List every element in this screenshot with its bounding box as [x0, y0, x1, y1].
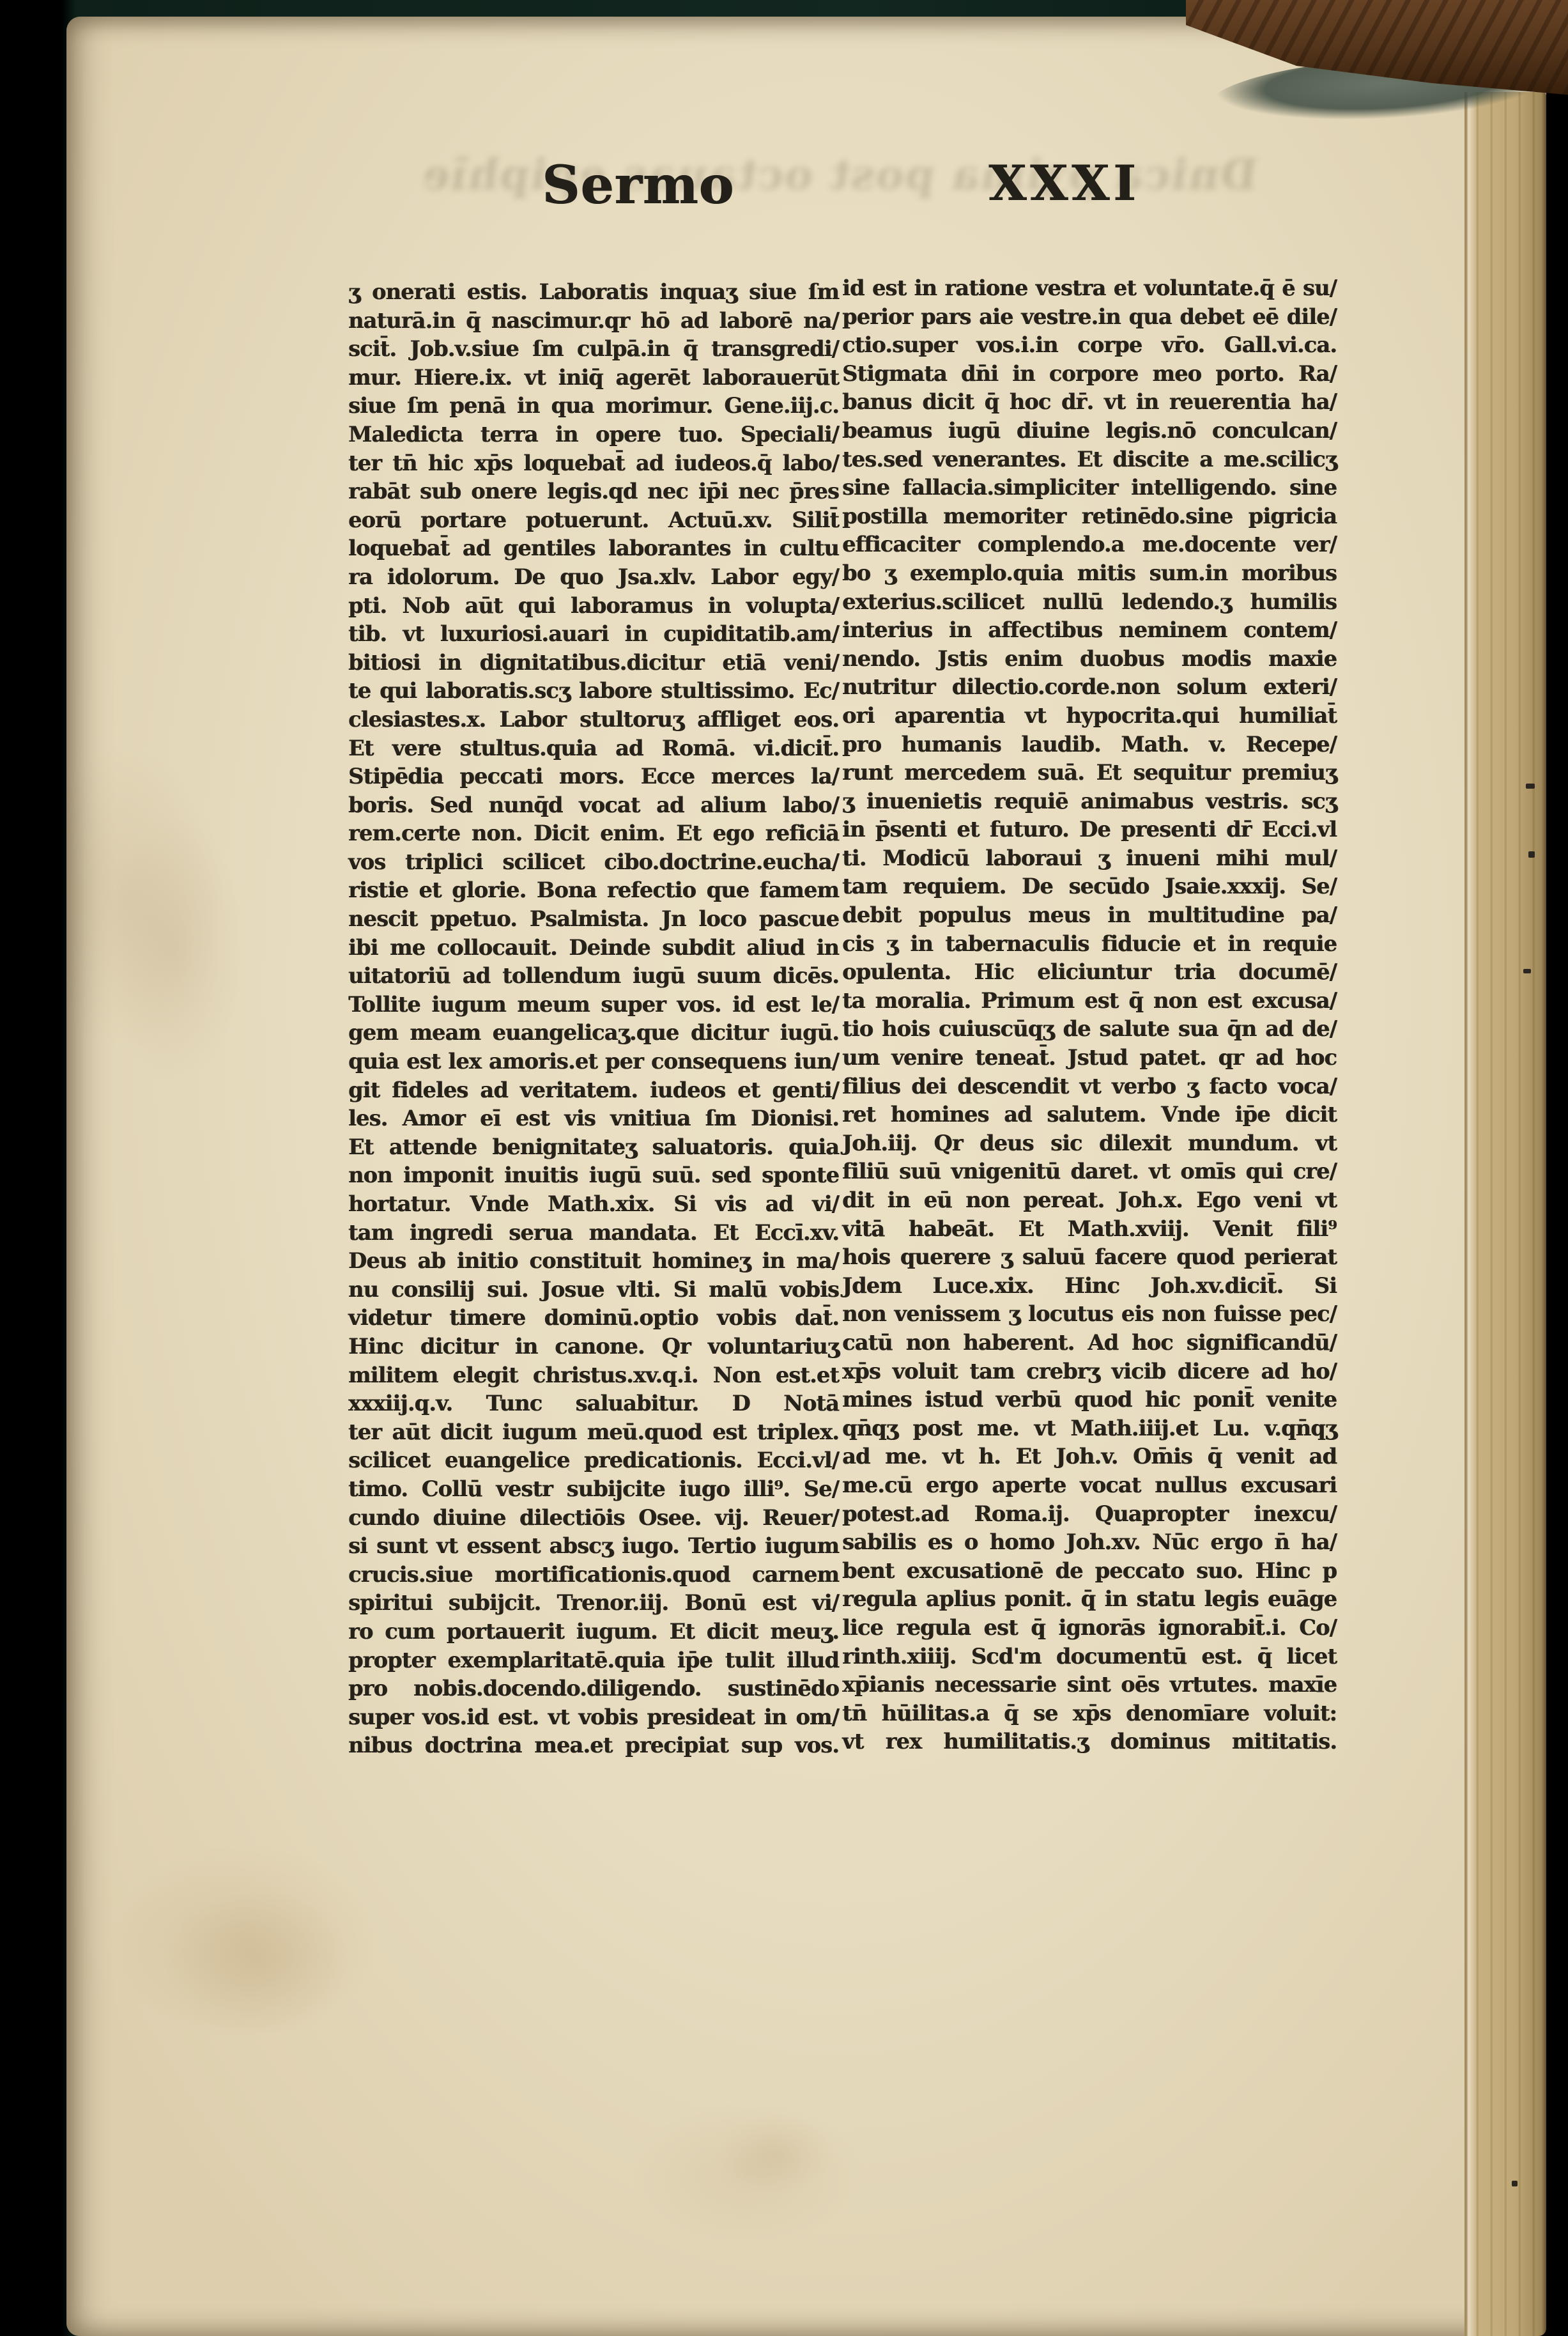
text-line: tam ingredi serua mandata. Et Eccī.xv.: [348, 1219, 839, 1248]
text-line: debit populus meus in multitudine pa/: [842, 901, 1337, 930]
text-line: quia est lex amoris.et per consequens iu…: [348, 1048, 839, 1076]
text-line: banus dicit q̄ hoc dr̄. vt in reuerentia…: [842, 388, 1337, 417]
text-line: Tollite iugum meum super vos. id est le/: [348, 991, 839, 1019]
text-line: git fideles ad veritatem. iudeos et gent…: [348, 1076, 839, 1105]
text-line: vos triplici scilicet cibo.doctrine.euch…: [348, 848, 839, 877]
text-line: in p̄senti et futuro. De presenti dr̄ Ec…: [842, 816, 1337, 844]
text-line: opulenta. Hic eliciuntur tria documē/: [842, 958, 1337, 987]
text-line: pro humanis laudib. Math. v. Recepe/: [842, 731, 1337, 759]
text-line: vt rex humilitatis.ʒ dominus mititatis.: [842, 1728, 1337, 1756]
header-folio-number: XXXI: [988, 155, 1139, 212]
text-line: ti. Modicū laboraui ʒ inueni mihi mul/: [842, 844, 1337, 873]
text-line: ctio.super vos.i.in corpe vr̄o. Gall.vi.…: [842, 331, 1337, 360]
text-line: bitiosi in dignitatibus.dicitur etiā ven…: [348, 649, 839, 677]
header-title: Sermo: [542, 155, 734, 216]
text-line: cundo diuine dilectiōis Osee. vij. Reuer…: [348, 1504, 839, 1533]
text-line: videtur timere dominū.optio vobis dat̄.: [348, 1304, 839, 1333]
text-line: te qui laboratis.scʒ labore stultissimo.…: [348, 677, 839, 706]
text-line: les. Amor eī est vis vnitiua ſm Dionisi.: [348, 1104, 839, 1133]
text-line: loquebat̄ ad gentiles laborantes in cult…: [348, 534, 839, 563]
text-line: sine fallacia.simpliciter intelligendo. …: [842, 474, 1337, 502]
page-header: Sermo XXXI: [345, 155, 1367, 225]
text-line: timo. Collū vestr subijcite iugo illi⁹. …: [348, 1475, 839, 1504]
text-line: id est in ratione vestra et voluntate.q̄…: [842, 274, 1337, 303]
text-line: Maledicta terra in opere tuo. Speciali/: [348, 421, 839, 449]
ink-speck: [1528, 851, 1535, 858]
text-line: rinth.xiiij. Scd'm documentū est. q̄ lic…: [842, 1643, 1337, 1671]
text-line: hois querere ʒ saluū facere quod periera…: [842, 1243, 1337, 1272]
text-line: nutritur dilectio.corde.non solum exteri…: [842, 673, 1337, 702]
text-line: spiritui subijcit. Trenor.iij. Bonū est …: [348, 1589, 839, 1618]
text-column-left: ʒ onerati estis. Laboratis inquaʒ siue ſ…: [348, 278, 839, 1760]
text-line: qn̄qʒ post me. vt Math.iiij.et Lu. v.qn̄…: [842, 1414, 1337, 1443]
text-line: propter exemplaritatē.quia ip̄e tulit il…: [348, 1646, 839, 1675]
text-line: boris. Sed nunq̄d vocat ad alium labo/: [348, 791, 839, 820]
text-line: regula aplius ponit. q̄ in statu legis e…: [842, 1585, 1337, 1614]
text-line: tib. vt luxuriosi.auari in cupiditatib.a…: [348, 620, 839, 649]
text-line: Hinc dicitur in canone. Qr voluntariuʒ: [348, 1333, 839, 1361]
text-line: nibus doctrina mea.et precipiat sup vos.: [348, 1731, 839, 1760]
paper-stain: [162, 1889, 354, 2036]
text-line: ʒ onerati estis. Laboratis inquaʒ siue ſ…: [348, 278, 839, 307]
text-column-right: id est in ratione vestra et voluntate.q̄…: [842, 274, 1337, 1756]
text-line: xp̄s voluit tam crebrʒ vicib dicere ad h…: [842, 1358, 1337, 1386]
ink-speck: [1526, 784, 1535, 789]
text-line: vitā habeāt. Et Math.xviij. Venit fili⁹: [842, 1215, 1337, 1244]
ink-speck: [1512, 2181, 1518, 2186]
text-line: um venire teneat̄. Jstud patet. qr ad ho…: [842, 1044, 1337, 1072]
text-line: potest.ad Roma.ij. Quapropter inexcu/: [842, 1500, 1337, 1529]
text-line: ret homines ad salutem. Vnde ip̄e dicit: [842, 1101, 1337, 1129]
text-line: ter tn̄ hic xp̄s loquebat̄ ad iudeos.q̄ …: [348, 449, 839, 478]
text-line: ʒ inuenietis requiē animabus vestris. sc…: [842, 787, 1337, 816]
text-line: scilicet euangelice predicationis. Ecci.…: [348, 1446, 839, 1475]
text-line: Deus ab initio constituit homineʒ in ma/: [348, 1247, 839, 1276]
text-line: runt mercedem suā. Et sequitur premiuʒ: [842, 759, 1337, 787]
text-line: ristie et glorie. Bona refectio que fame…: [348, 876, 839, 905]
text-line: Stigmata dn̄i in corpore meo porto. Ra/: [842, 360, 1337, 389]
text-line: ad me. vt h. Et Joh.v. Om̄is q̄ venit ad: [842, 1443, 1337, 1471]
text-line: scit̄. Job.v.siue ſm culpā.in q̄ transgr…: [348, 335, 839, 364]
text-line: uitatoriū ad tollendum iugū suum dicēs.: [348, 962, 839, 991]
text-line: Et vere stultus.quia ad Romā. vi.dicit̄.: [348, 734, 839, 763]
text-line: gem meam euangelicaʒ.que dicitur iugū.: [348, 1019, 839, 1048]
text-line: interius in affectibus neminem contem/: [842, 616, 1337, 645]
paper-stain: [105, 816, 245, 1084]
text-line: cis ʒ in tabernaculis fiducie et in requ…: [842, 930, 1337, 959]
text-line: bo ʒ exemplo.quia mitis sum.in moribus: [842, 559, 1337, 588]
text-line: rem.certe non. Dicit enim. Et ego refici…: [348, 819, 839, 848]
text-line: non venissem ʒ locutus eis non fuisse pe…: [842, 1300, 1337, 1329]
text-line: lice regula est q̄ ignorās ignorabit̄.i.…: [842, 1614, 1337, 1643]
text-line: beamus iugū diuine legis.nō conculcan/: [842, 417, 1337, 445]
paper-stain: [718, 2113, 833, 2196]
text-line: nu consilij sui. Josue vlti. Si malū vob…: [348, 1276, 839, 1304]
text-line: postilla memoriter retinēdo.sine pigrici…: [842, 502, 1337, 531]
text-line: ori aparentia vt hypocrita.qui humiliat̄: [842, 702, 1337, 731]
text-line: filiū suū vnigenitū daret. vt omīs qui c…: [842, 1157, 1337, 1186]
text-line: catū non haberent. Ad hoc significandū/: [842, 1329, 1337, 1358]
text-line: pti. Nob aūt qui laboramus in volupta/: [348, 592, 839, 621]
book-page: Dnica pʒima post octauas epiphīe Sermo X…: [66, 17, 1546, 2336]
text-line: super vos.id est. vt vobis presideat in …: [348, 1703, 839, 1732]
text-line: dit in eū non pereat. Joh.x. Ego veni vt: [842, 1186, 1337, 1215]
text-line: nescit ppetuo. Psalmista. Jn loco pascue: [348, 905, 839, 934]
text-line: perior pars aie vestre.in qua debet eē d…: [842, 303, 1337, 332]
text-line: hortatur. Vnde Math.xix. Si vis ad vi/: [348, 1190, 839, 1219]
text-line: Jdem Luce.xix. Hinc Joh.xv.dicit̄. Si: [842, 1272, 1337, 1301]
text-line: xp̄ianis necessarie sint oēs vrtutes. ma…: [842, 1671, 1337, 1699]
text-line: tio hois cuiuscūqʒ de salute sua q̄n ad …: [842, 1015, 1337, 1044]
text-line: ter aūt dicit iugum meū.quod est triplex…: [348, 1418, 839, 1447]
text-line: filius dei descendit vt verbo ʒ facto vo…: [842, 1072, 1337, 1101]
text-line: siue ſm penā in qua morimur. Gene.iij.c.: [348, 392, 839, 421]
text-line: ta moralia. Primum est q̄ non est excusa…: [842, 987, 1337, 1016]
text-line: tam requiem. De secūdo Jsaie.xxxij. Se/: [842, 872, 1337, 901]
text-line: xxxiij.q.v. Tunc saluabitur. D Notā: [348, 1389, 839, 1418]
ink-speck: [1523, 969, 1531, 973]
scanned-book-photo: { "header": { "title": "Sermo", "number"…: [0, 0, 1568, 2336]
fore-edge-page-stack: [1464, 92, 1546, 2336]
text-line: Stipēdia peccati mors. Ecce merces la/: [348, 762, 839, 791]
text-line: naturā.in q̄ nascimur.qr hō ad laborē na…: [348, 307, 839, 336]
text-line: pro nobis.docendo.diligendo. sustinēdo: [348, 1675, 839, 1703]
text-line: Joh.iij. Qr deus sic dilexit mundum. vt: [842, 1129, 1337, 1158]
text-line: non imponit inuitis iugū suū. sed sponte: [348, 1161, 839, 1190]
text-line: exterius.scilicet nullū ledendo.ʒ humili…: [842, 588, 1337, 617]
text-line: clesiastes.x. Labor stultoruʒ affliget e…: [348, 706, 839, 734]
text-line: ra idolorum. De quo Jsa.xlv. Labor egy/: [348, 563, 839, 592]
text-line: si sunt vt essent abscʒ iugo. Tertio iug…: [348, 1532, 839, 1561]
text-line: sabilis es o homo Joh.xv. Nūc ergo n̄ ha…: [842, 1528, 1337, 1557]
text-line: eorū portare potuerunt. Actuū.xv. Silit̄: [348, 506, 839, 535]
text-line: me.cū ergo aperte vocat nullus excusari: [842, 1471, 1337, 1500]
text-line: Et attende benignitateʒ saluatoris. quia: [348, 1133, 839, 1162]
text-line: militem elegit christus.xv.q.i. Non est.…: [348, 1361, 839, 1390]
text-line: rabāt sub onere legis.qd nec ip̄i nec p̄…: [348, 477, 839, 506]
text-line: mur. Hiere.ix. vt iniq̄ agerēt laborauer…: [348, 364, 839, 392]
text-line: mines istud verbū quod hic ponit̄ venite: [842, 1386, 1337, 1414]
text-line: tn̄ hūilitas.a q̄ se xp̄s denomīare volu…: [842, 1699, 1337, 1728]
text-line: bent excusationē de peccato suo. Hinc p: [842, 1557, 1337, 1586]
text-line: crucis.siue mortificationis.quod carnem: [348, 1561, 839, 1590]
text-line: nendo. Jstis enim duobus modis maxie: [842, 645, 1337, 674]
text-line: tes.sed venerantes. Et discite a me.scil…: [842, 445, 1337, 474]
text-line: ibi me collocauit. Deinde subdit aliud i…: [348, 934, 839, 963]
text-line: efficaciter complendo.a me.docente ver/: [842, 530, 1337, 559]
text-line: ro cum portauerit iugum. Et dicit meuʒ.: [348, 1618, 839, 1646]
